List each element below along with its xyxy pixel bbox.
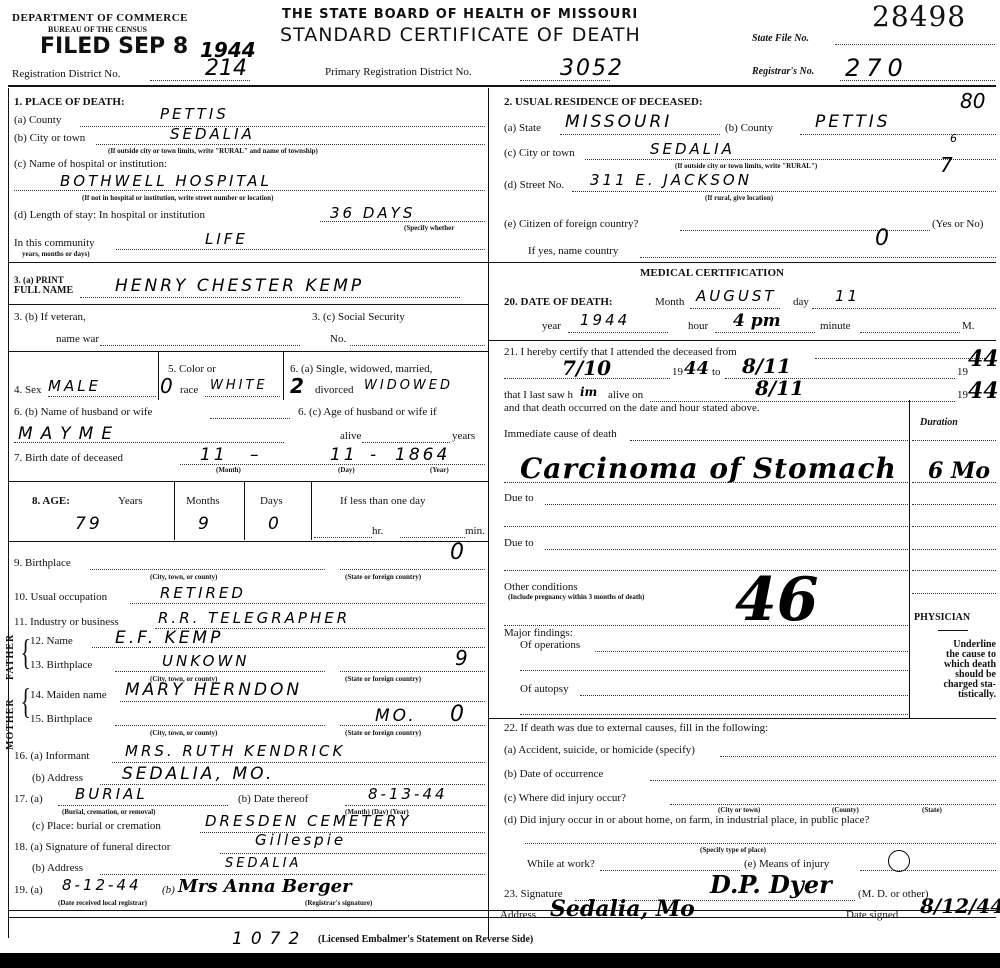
age-label: 8. AGE:: [32, 495, 70, 507]
full-name-label-2: FULL NAME: [14, 285, 73, 296]
disposition-value[interactable]: BURIAL: [75, 785, 148, 803]
due-to-1-label: Due to: [504, 492, 534, 504]
death-year-label: year: [542, 320, 561, 332]
registrar-signature-note: (Registrar's signature): [305, 899, 372, 907]
certificate-title: STANDARD CERTIFICATE OF DEATH: [280, 24, 641, 46]
full-name-value[interactable]: HENRY CHESTER KEMP: [115, 276, 364, 296]
last-year-value[interactable]: 44: [968, 378, 999, 404]
birth-day-value[interactable]: 11: [330, 445, 358, 465]
hospital-note: (If not in hospital or institution, writ…: [82, 194, 273, 202]
director-address-value[interactable]: SEDALIA: [225, 856, 301, 871]
marital-code: 2: [290, 374, 304, 398]
stay-note: (Specify whether: [404, 224, 454, 232]
death-day-label: day: [793, 296, 809, 308]
burial-date-value[interactable]: 8-13-44: [368, 785, 448, 803]
marital-value[interactable]: WIDOWED: [364, 378, 453, 393]
color-code: 0: [160, 374, 173, 398]
bureau-label: BUREAU OF THE CENSUS: [48, 25, 147, 34]
mother-birthplace-code: 0: [450, 702, 464, 727]
mother-state-note: (State or foreign country): [345, 729, 421, 737]
immediate-cause-value[interactable]: Carcinoma of Stomach: [520, 452, 897, 485]
death-m-label: M.: [962, 320, 975, 332]
birth-date-label: 7. Birth date of deceased: [14, 452, 123, 464]
residence-code-3: 7: [940, 153, 953, 177]
primary-district-label: Primary Registration District No.: [325, 66, 472, 78]
stay-value[interactable]: 36 DAYS: [330, 204, 415, 222]
residence-county-label: (b) County: [725, 122, 773, 134]
spouse-label: 6. (b) Name of husband or wife: [14, 406, 152, 418]
mother-birthplace-value[interactable]: MO.: [375, 706, 417, 726]
major-findings-label: Major findings:: [504, 627, 573, 639]
city-note: (If outside city or town limits, write "…: [108, 147, 318, 155]
injury-city-note: (City or town): [718, 806, 760, 814]
spouse-alive-label: alive: [340, 430, 361, 442]
death-year-value[interactable]: 1944: [580, 311, 630, 329]
due-to-2-label: Due to: [504, 537, 534, 549]
external-causes-section: 22. If death was due to external causes,…: [504, 722, 768, 734]
citizen-label: (e) Citizen of foreign country?: [504, 218, 638, 230]
hospital-value[interactable]: BOTHWELL HOSPITAL: [60, 172, 272, 190]
death-month-label: Month: [655, 296, 684, 308]
city-label: (b) City or town: [14, 132, 85, 144]
date-signed-value[interactable]: 8/12/44: [920, 894, 1000, 918]
informant-address-label: (b) Address: [32, 772, 83, 784]
registrar-signature[interactable]: Mrs Anna Berger: [178, 876, 352, 897]
spouse-years-label: years: [452, 430, 475, 442]
informant-label: 16. (a) Informant: [14, 750, 89, 762]
ssn-label: 3. (c) Social Security: [312, 311, 405, 323]
age-days-value[interactable]: 0: [268, 514, 282, 534]
residence-code-2: 6: [950, 132, 957, 145]
mother-side-label: MOTHER: [5, 698, 16, 750]
mother-name-label: 14. Maiden name: [30, 689, 107, 701]
day-note: (Day): [338, 466, 355, 474]
sex-value[interactable]: MALE: [48, 377, 101, 395]
citizen-yes-no-label: (Yes or No): [932, 218, 983, 230]
disposition-label: 17. (a): [14, 793, 43, 805]
sex-label: 4. Sex: [14, 384, 42, 396]
birthplace-state-note: (State or foreign country): [345, 573, 421, 581]
registration-district-value[interactable]: 214: [205, 56, 247, 81]
embalmer-number: 1072: [232, 929, 307, 949]
funeral-director-label: 18. (a) Signature of funeral director: [14, 841, 170, 853]
country-label: If yes, name country: [528, 245, 618, 257]
race-value[interactable]: WHITE: [210, 378, 268, 393]
to-year-prefix: 19: [957, 366, 968, 378]
residence-city-value[interactable]: SEDALIA: [650, 140, 735, 158]
community-label: In this community: [14, 237, 95, 249]
attended-to-label: to: [712, 366, 721, 378]
stay-label: (d) Length of stay: In hospital or insti…: [14, 209, 205, 221]
informant-address-value[interactable]: SEDALIA, MO.: [122, 764, 274, 784]
birth-year-value[interactable]: 1864: [395, 445, 450, 465]
burial-date-label: (b) Date thereof: [238, 793, 308, 805]
other-conditions-label: Other conditions: [504, 581, 578, 593]
last-saw-pronoun[interactable]: im: [580, 385, 597, 399]
state-file-label: State File No.: [752, 33, 809, 44]
immediate-duration-value[interactable]: 6 Mo: [928, 458, 990, 484]
informant-value[interactable]: MRS. RUTH KENDRICK: [125, 742, 345, 760]
death-hour-label: hour: [688, 320, 708, 332]
death-minute-label: minute: [820, 320, 851, 332]
race-label-text: race: [180, 384, 198, 396]
father-side-label: FATHER: [5, 634, 16, 680]
operations-label: Of operations: [520, 639, 580, 651]
residence-county-value[interactable]: PETTIS: [815, 112, 891, 132]
mother-name-value[interactable]: MARY HERNDON: [125, 680, 302, 700]
physician-address-value[interactable]: Sedalia, Mo: [550, 896, 695, 922]
registration-district-label: Registration District No.: [12, 68, 120, 80]
age-days-label: Days: [260, 495, 283, 507]
autopsy-label: Of autopsy: [520, 683, 569, 695]
death-month-value[interactable]: AUGUST: [696, 287, 777, 305]
attended-from-value[interactable]: 7/10: [562, 356, 611, 380]
full-name-label-1: 3. (a) PRINT: [14, 276, 64, 285]
to-year-value[interactable]: 44: [968, 346, 999, 372]
community-note: years, months or days): [22, 250, 90, 258]
spouse-value[interactable]: MAYME: [18, 424, 120, 444]
state-file-number: 28498: [872, 0, 966, 33]
hospital-label: (c) Name of hospital or institution:: [14, 158, 167, 170]
injury-place-type-label: (d) Did injury occur in or about home, o…: [504, 814, 869, 826]
scan-border: [0, 953, 1000, 968]
burial-place-value[interactable]: DRESDEN CEMETERY: [205, 812, 412, 830]
residence-street-value[interactable]: 311 E. JACKSON: [590, 171, 752, 189]
community-value[interactable]: LIFE: [205, 230, 248, 248]
from-year-prefix: 19: [672, 366, 683, 378]
ssn-no-label: No.: [330, 333, 346, 345]
registrar-signature-label: (b): [162, 884, 175, 896]
residence-street-label: (d) Street No.: [504, 179, 564, 191]
physician-signature[interactable]: D.P. Dyer: [710, 870, 832, 899]
residence-street-note: (If rural, give location): [705, 194, 773, 202]
father-name-label: 12. Name: [30, 635, 73, 647]
immediate-cause-label: Immediate cause of death: [504, 428, 617, 440]
duration-label: Duration: [920, 417, 958, 428]
department-label: DEPARTMENT OF COMMERCE: [12, 12, 188, 24]
residence-city-note: (If outside city or town limits, write "…: [675, 162, 817, 170]
divorced-label: divorced: [315, 384, 353, 396]
physician-address-label: Address: [500, 909, 536, 921]
occupation-label: 10. Usual occupation: [14, 591, 107, 603]
statistical-code: 46: [735, 570, 819, 630]
death-county-value[interactable]: PETTIS: [160, 105, 229, 123]
place-of-death-section: 1. PLACE OF DEATH:: [14, 96, 125, 108]
occurred-label: and that death occurred on the date and …: [504, 402, 760, 414]
veteran-label: 3. (b) If veteran,: [14, 311, 86, 323]
spouse-age-label: 6. (c) Age of husband or wife if: [298, 406, 437, 418]
physician-title: PHYSICIAN: [914, 612, 970, 623]
birthplace-label: 9. Birthplace: [14, 557, 71, 569]
md-label: (M. D. or other): [858, 888, 929, 900]
alive-on-label: alive on: [608, 389, 643, 401]
place-type-note: (Specify type of place): [700, 846, 766, 854]
residence-section: 2. USUAL RESIDENCE OF DECEASED:: [504, 96, 703, 108]
birthplace-city-note: (City, town, or county): [150, 573, 217, 581]
means-of-injury-mark: [888, 850, 910, 872]
received-note: (Date received local registrar): [58, 899, 147, 907]
death-hour-value[interactable]: 4 pm: [733, 311, 781, 331]
embalmer-note: (Licensed Embalmer's Statement on Revers…: [318, 934, 533, 945]
age-months-label: Months: [186, 495, 220, 507]
death-day-value[interactable]: 11: [835, 287, 860, 305]
last-saw-label: that I last saw h: [504, 389, 573, 401]
residence-code-1: 80: [960, 89, 985, 113]
age-years-label: Years: [118, 495, 143, 507]
year-note: (Year): [430, 466, 449, 474]
other-conditions-note: (Include pregnancy within 3 months of de…: [508, 593, 644, 601]
burial-place-label: (c) Place: burial or cremation: [32, 820, 161, 832]
war-label: name war: [56, 333, 99, 345]
registrar-number-value[interactable]: 270: [845, 54, 909, 82]
father-birthplace-label: 13. Birthplace: [30, 659, 92, 671]
age-months-value[interactable]: 9: [198, 514, 212, 534]
registrar-number-label: Registrar's No.: [752, 66, 814, 77]
last-saw-date-value[interactable]: 8/11: [755, 376, 804, 400]
hr-label: hr.: [372, 525, 383, 537]
medical-section: MEDICAL CERTIFICATION: [640, 267, 784, 279]
color-label: 5. Color or: [168, 363, 216, 375]
less-than-day-label: If less than one day: [340, 495, 426, 507]
occupation-value[interactable]: RETIRED: [160, 584, 246, 602]
certify-label: 21. I hereby certify that I attended the…: [504, 346, 737, 358]
father-state-note: (State or foreign country): [345, 675, 421, 683]
last-year-prefix: 19: [957, 389, 968, 401]
attended-to-value[interactable]: 8/11: [742, 354, 791, 378]
birth-month-value[interactable]: 11: [200, 445, 228, 465]
injury-state-note: (State): [922, 806, 942, 814]
funeral-director-value[interactable]: Gillespie: [255, 831, 346, 849]
county-label: (a) County: [14, 114, 61, 126]
date-signed-label: Date signed: [846, 909, 898, 921]
accident-label: (a) Accident, suicide, or homicide (spec…: [504, 744, 695, 756]
filed-stamp: FILED SEP 8: [40, 34, 188, 59]
injury-location-label: (c) Where did injury occur?: [504, 792, 626, 804]
residence-state-value[interactable]: MISSOURI: [565, 112, 672, 132]
father-birthplace-value[interactable]: UNKOWN: [162, 652, 250, 670]
primary-district-value[interactable]: 3052: [560, 56, 624, 81]
mother-city-note: (City, town, or county): [150, 729, 217, 737]
received-label: 19. (a): [14, 884, 43, 896]
residence-city-label: (c) City or town: [504, 147, 575, 159]
month-note: (Month): [216, 466, 241, 474]
director-address-label: (b) Address: [32, 862, 83, 874]
date-of-death-label: 20. DATE OF DEATH:: [504, 296, 613, 308]
birthplace-code: 0: [450, 540, 464, 565]
board-title: THE STATE BOARD OF HEALTH OF MISSOURI: [282, 7, 638, 22]
residence-state-label: (a) State: [504, 122, 541, 134]
occurrence-date-label: (b) Date of occurrence: [504, 768, 603, 780]
physician-note: Underline the cause to which death shoul…: [912, 640, 996, 700]
while-at-work-label: While at work?: [527, 858, 595, 870]
citizen-value[interactable]: 0: [875, 226, 889, 251]
from-year-value[interactable]: 44: [684, 358, 709, 379]
injury-county-note: (County): [832, 806, 859, 814]
marital-label: 6. (a) Single, widowed, married,: [290, 363, 432, 375]
father-birthplace-code: 9: [455, 646, 468, 670]
death-city-value[interactable]: SEDALIA: [170, 125, 255, 143]
received-date-value[interactable]: 8-12-44: [62, 876, 142, 894]
means-of-injury-label: (e) Means of injury: [744, 858, 829, 870]
industry-value[interactable]: R.R. TELEGRAPHER: [158, 609, 350, 627]
father-name-value[interactable]: E.F. KEMP: [115, 628, 223, 648]
mother-birthplace-label: 15. Birthplace: [30, 713, 92, 725]
min-label: min.: [465, 525, 485, 537]
disposition-note: (Burial, cremation, or removal): [62, 808, 156, 816]
industry-label: 11. Industry or business: [14, 616, 119, 628]
age-years-value[interactable]: 79: [75, 514, 103, 534]
